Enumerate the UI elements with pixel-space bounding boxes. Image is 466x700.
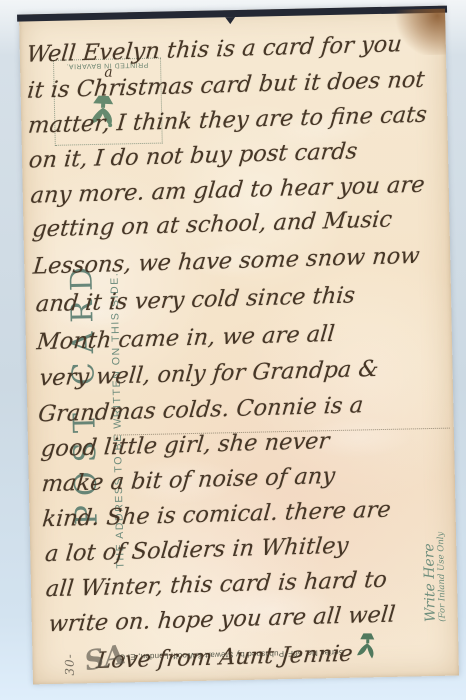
handwriting-line: and it is very cold since this: [35, 282, 356, 317]
handwriting-line: any more. am glad to hear you are: [29, 172, 425, 209]
handwriting-line: write on. hope you are all well: [47, 602, 396, 638]
handwritten-message: a Well Evelyn this is a card for you it …: [19, 6, 459, 685]
handwriting-line: getting on at school, and Music: [31, 206, 393, 242]
handwriting-line: Grandmas colds. Connie is a: [37, 392, 364, 427]
handwriting-line: very well, only for Grandpa &: [38, 356, 379, 392]
scanned-postcard-photo: PRINTED IN BAVARIA. POST CARD THE ADDRES…: [0, 0, 466, 700]
handwriting-line: a lot of Soldiers in Whitley: [44, 533, 350, 568]
handwriting-line: matter, I think they are to fine cats: [27, 102, 428, 139]
handwriting-line: Love from Aunt Jennie: [95, 641, 354, 674]
handwriting-line: kind. She is comical. there are: [41, 497, 392, 533]
handwriting-line: it is Christmas card but it does not: [26, 67, 425, 104]
handwriting-line: Well Evelyn this is a card for you: [25, 31, 403, 68]
postcard-back: PRINTED IN BAVARIA. POST CARD THE ADDRES…: [19, 6, 459, 685]
handwriting-line: Month came in, we are all: [36, 321, 336, 355]
handwriting-line: on it, I do not buy post cards: [28, 138, 359, 173]
handwriting-line: all Winter, this card is hard to: [45, 567, 388, 603]
handwriting-line: Lessons, we have some snow now: [32, 243, 421, 280]
pencil-price-mark: 30-: [62, 653, 76, 676]
handwriting-line: good little girl, she never: [40, 428, 331, 462]
handwriting-line: make a bit of noise of any: [41, 463, 337, 497]
